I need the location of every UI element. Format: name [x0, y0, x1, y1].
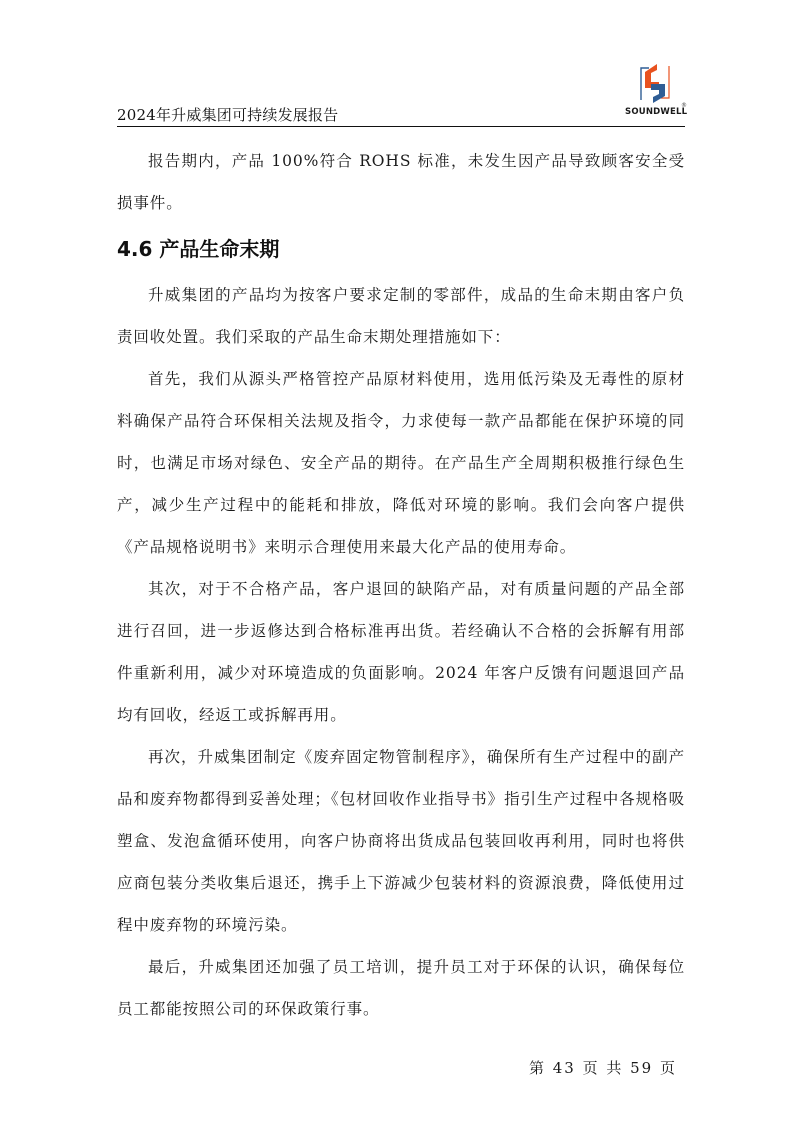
paragraph-second: 其次，对于不合格产品，客户退回的缺陷产品，对有质量问题的产品全部进行召回，进一步…	[117, 568, 685, 736]
page-number: 第 43 页 共 59 页	[529, 1057, 677, 1078]
report-title: 2024年升威集团可持续发展报告	[117, 104, 338, 125]
soundwell-logo-icon	[639, 60, 671, 104]
logo-wordmark: SOUNDWELL	[625, 107, 687, 117]
paragraph-overview: 升威集团的产品均为按客户要求定制的零部件，成品的生命末期由客户负责回收处置。我们…	[117, 274, 685, 358]
soundwell-logo: SOUNDWELL ®	[625, 58, 685, 124]
paragraph-last: 最后，升威集团还加强了员工培训，提升员工对于环保的认识，确保每位员工都能按照公司…	[117, 946, 685, 1030]
section-heading: 4.6 产品生命末期	[117, 226, 685, 272]
intro-paragraph: 报告期内，产品 100%符合 ROHS 标准，未发生因产品导致顾客安全受损事件。	[117, 140, 685, 224]
page-header: 2024年升威集团可持续发展报告 SOUNDWELL ®	[117, 58, 685, 128]
registered-mark: ®	[681, 102, 687, 109]
paragraph-first: 首先，我们从源头严格管控产品原材料使用，选用低污染及无毒性的原材料确保产品符合环…	[117, 358, 685, 568]
page-content: 报告期内，产品 100%符合 ROHS 标准，未发生因产品导致顾客安全受损事件。…	[117, 140, 685, 1030]
paragraph-third: 再次，升威集团制定《废弃固定物管制程序》，确保所有生产过程中的副产品和废弃物都得…	[117, 736, 685, 946]
header-divider	[117, 126, 685, 127]
